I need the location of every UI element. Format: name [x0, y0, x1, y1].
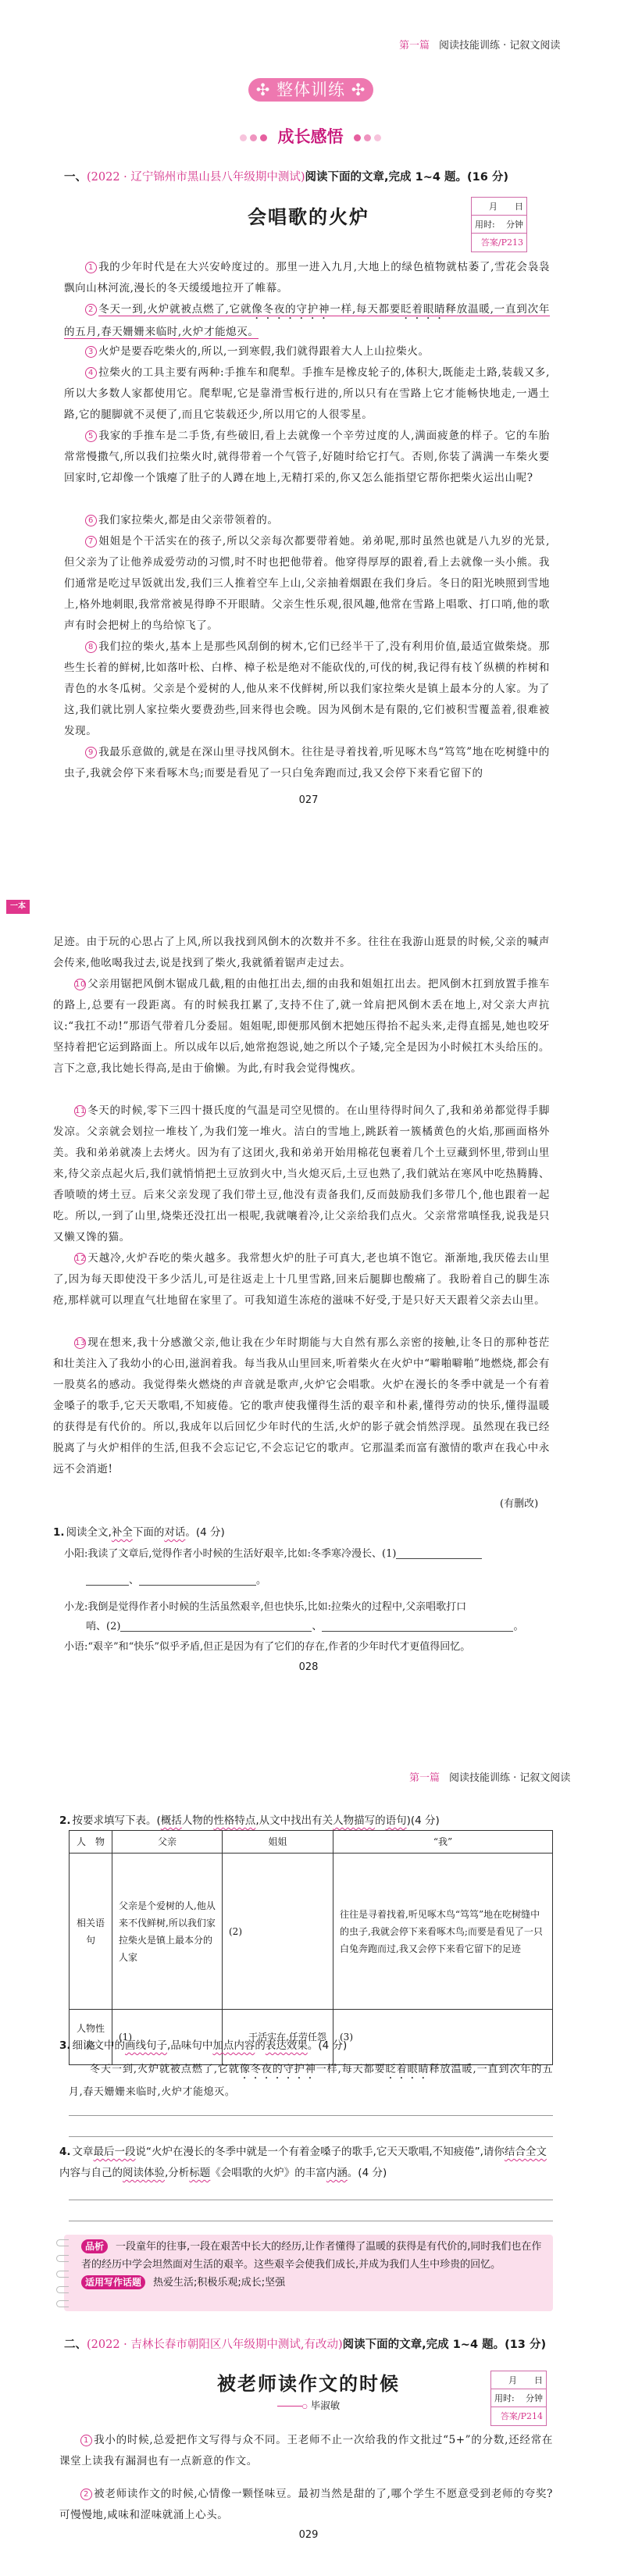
sparkle-icon: ✣ — [256, 80, 271, 99]
table-header: 姐姐 — [223, 1831, 333, 1854]
table-cell: 父亲是个爱树的人,他从来不伐鲜树,所以我们家拉柴火是镇上最本分的人家 — [112, 1854, 223, 2010]
paragraph-number: 12 — [74, 1253, 86, 1265]
row-label: 相关语句 — [70, 1854, 112, 2010]
table-row: 相关语句 父亲是个爱树的人,他从来不伐鲜树,所以我们家拉柴火是镇上最本分的人家 … — [70, 1854, 553, 2010]
answer-blank[interactable] — [86, 1573, 129, 1586]
paragraph: 8我们拉的柴火,基本上是那些风刮倒的树木,它们已经半干了,没有利用价值,最适宜做… — [64, 637, 550, 742]
dot-icon — [354, 134, 361, 141]
paragraph: 10父亲用锯把风倒木锯成几截,粗的由他扛出去,细的由我和姐姐扛出去。把风倒木扛到… — [53, 974, 550, 1079]
table-header: 人 物 — [70, 1831, 112, 1854]
page-header: 第一篇阅读技能训练 · 记叙文阅读 — [409, 1769, 570, 1784]
section-label: 第一篇 — [409, 1772, 440, 1784]
answer-line[interactable] — [69, 2136, 553, 2137]
date-field[interactable]: 月 日 — [491, 2371, 546, 2389]
paragraph-number: 8 — [85, 641, 97, 653]
table-header: 父亲 — [112, 1831, 223, 1854]
answer-cell[interactable]: (2) — [223, 1854, 333, 2010]
binder-ring-icon — [56, 2239, 69, 2246]
dot-icon — [250, 134, 257, 141]
instruction: 阅读下面的文章,完成 1~4 题。(16 分) — [305, 171, 508, 184]
dialog-blanks-1: 、。 — [86, 1571, 572, 1591]
paragraph-number: 11 — [74, 1105, 86, 1117]
paragraph: 3火炉是要吞吃柴火的,所以,一到寒假,我们就得跟着大人上山拉柴火。 — [64, 341, 550, 362]
analysis-text: 品析一段童年的往事,一段在艰苦中长大的经历,让作者懂得了温暖的获得是有代价的,同… — [81, 2238, 547, 2292]
section-label: 第一篇 — [399, 40, 430, 52]
info-box: 月 日 用时:分钟 答案/P213 — [471, 197, 527, 252]
binder-ring-icon — [56, 2255, 69, 2262]
paragraph-number: 4 — [85, 367, 97, 379]
paragraph: 11冬天的时候,零下三四十摄氏度的气温是司空见惯的。在山里待得时间久了,我和弟弟… — [53, 1101, 550, 1248]
paragraph: 9我最乐意做的,就是在深山里寻找风倒木。往往是寻着找着,听见啄木鸟“笃笃”地在吃… — [64, 742, 550, 784]
analysis-tag: 品析 — [81, 2239, 108, 2253]
binder-ring-icon — [56, 2286, 69, 2293]
paragraph-number: 1 — [85, 262, 97, 273]
paragraph-number: 10 — [74, 979, 86, 990]
paragraph-number: 3 — [85, 346, 97, 358]
table-cell: 往往是寻着找着,听见啄木鸟“笃笃”地在吃树缝中的虫子,我就会停下来看啄木鸟;而要… — [333, 1854, 553, 2010]
paragraph: 1我小的时候,总爱把作文写得与众不同。王老师不止一次给我的作文批过“5+”的分数… — [59, 2430, 553, 2472]
answer-ref: 答案/P214 — [491, 2407, 546, 2425]
paragraph: 12天越冷,火炉吞吃的柴火越多。我常想火炉的肚子可真大,老也填不饱它。渐渐地,我… — [53, 1248, 550, 1311]
topic-tag: 适用写作话题 — [81, 2275, 145, 2289]
question-4: 4.文章最后一段说“火炉在漫长的冬季中就是一个有着金嗓子的歌手,它天天歌唱,不知… — [59, 2142, 555, 2184]
dot-icon — [240, 134, 247, 141]
dash-icon — [277, 2406, 302, 2407]
paragraph: 1我的少年时代是在大兴安岭度过的。那里一进入九月,大地上的绿色植物就枯萎了,雪花… — [64, 257, 550, 299]
dot-icon — [260, 134, 267, 141]
paragraph-number: 6 — [85, 515, 97, 526]
circle-icon: ○ — [302, 2403, 308, 2410]
dialog-line-2-cont: 哨、(2)、。 — [86, 1617, 572, 1637]
header-title: 阅读技能训练 · 记叙文阅读 — [449, 1772, 570, 1784]
part2-intro: 二、(2022 · 吉林长春市朝阳区八年级期中测试,有改动)阅读下面的文章,完成… — [64, 2335, 546, 2352]
part1-intro: 一、(2022 · 辽宁锦州市黑山县八年级期中测试)阅读下面的文章,完成 1~4… — [64, 168, 508, 184]
binder-ring-icon — [56, 2300, 69, 2307]
paragraph-number: 1 — [80, 2435, 92, 2446]
publisher-logo: 一本 — [6, 900, 30, 914]
paragraph: 4拉柴火的工具主要有两种:手推车和爬犁。手推车是橡皮轮子的,体积大,既能走土路,… — [64, 362, 550, 426]
paragraph-continued: 足迹。由于玩的心思占了上风,所以我找到风倒木的次数并不多。往往在我游山逛景的时候… — [53, 932, 550, 974]
sparkle-icon: ✣ — [351, 80, 366, 99]
binder-ring-icon — [56, 2271, 69, 2278]
paragraph: 2被老师读作文的时候,心情像一颗怪味豆。最初当然是甜的了,哪个学生不愿意受到老师… — [59, 2484, 553, 2526]
question-2: 2.按要求填写下表。(概括人物的性格特点,从文中找出有关人物描写的语句)(4 分… — [59, 1811, 559, 1832]
paragraph-number: 9 — [85, 747, 97, 758]
dialog-line-1: 小阳:我读了文章后,觉得作者小时候的生活好艰辛,比如:冬季寒冷漫长、(1) — [64, 1544, 550, 1565]
source-label: (2022 · 吉林长春市朝阳区八年级期中测试,有改动) — [87, 2339, 343, 2351]
paragraph-number: 7 — [85, 536, 97, 548]
paragraph: 7姐姐是个干活实在的孩子,所以父亲每次都要带着她。弟弟呢,那时虽然也就是八九岁的… — [64, 531, 550, 637]
question-1: 1.阅读全文,补全下面的对话。(4 分) — [53, 1522, 553, 1543]
answer-blank[interactable] — [139, 1573, 256, 1586]
character-table: 人 物 父亲 姐姐 “我” 相关语句 父亲是个爱树的人,他从来不伐鲜树,所以我们… — [69, 1830, 553, 2065]
analysis-box: 品析一段童年的往事,一段在艰苦中长大的经历,让作者懂得了温暖的获得是有代价的,同… — [64, 2235, 553, 2311]
date-field[interactable]: 月 日 — [472, 198, 526, 216]
dot-icon — [374, 134, 381, 141]
dot-icon — [364, 134, 371, 141]
table-header-row: 人 物 父亲 姐姐 “我” — [70, 1831, 553, 1854]
sub-banner: 成长感悟 — [234, 125, 387, 148]
paragraph-number: 13 — [74, 1337, 86, 1349]
author-name: 毕淑敏 — [311, 2399, 341, 2411]
paragraph-number: 2 — [85, 304, 97, 316]
answer-line[interactable] — [69, 2200, 553, 2200]
answer-ref: 答案/P213 — [472, 234, 526, 252]
paragraph: 6我们家拉柴火,都是由父亲带领着的。 — [64, 510, 550, 531]
question-3: 3.细读文中的画线句子,品味句中加点内容的表达效果。(4 分) — [59, 2035, 559, 2057]
paragraph-number: 2 — [80, 2489, 92, 2500]
table-header: “我” — [333, 1831, 553, 1854]
answer-line[interactable] — [69, 2115, 553, 2116]
header-title: 阅读技能训练 · 记叙文阅读 — [439, 40, 560, 52]
section-banner: ✣ 整体训练 ✣ — [248, 78, 373, 102]
source-label: (2022 · 辽宁锦州市黑山县八年级期中测试) — [87, 171, 305, 184]
time-field[interactable]: 用时:分钟 — [491, 2389, 546, 2407]
answer-blank[interactable] — [322, 1619, 513, 1632]
sub-banner-label: 成长感悟 — [278, 127, 344, 146]
answer-line[interactable] — [69, 2221, 553, 2221]
page-number: 027 — [0, 794, 617, 806]
paragraph-number: 5 — [85, 430, 97, 442]
edit-note: (有删改) — [500, 1495, 538, 1510]
paragraph: 5我家的手推车是二手货,有些破旧,看上去就像一个辛劳过度的人,满面疲惫的样子。它… — [64, 426, 550, 489]
time-field[interactable]: 用时:分钟 — [472, 216, 526, 234]
instruction: 阅读下面的文章,完成 1~4 题。(13 分) — [343, 2339, 546, 2351]
quoted-sentence: 冬天一到,火炉就被点燃了,它就像冬夜的守护神一样,每天都要眨着眼睛释放温暖,一直… — [69, 2059, 553, 2103]
page-header: 第一篇阅读技能训练 · 记叙文阅读 — [399, 37, 560, 52]
info-box: 月 日 用时:分钟 答案/P214 — [490, 2371, 547, 2426]
part-number: 二、 — [64, 2339, 87, 2351]
answer-blank[interactable] — [396, 1547, 482, 1559]
dialog-line-2: 小龙:我倒是觉得作者小时候的生活虽然艰辛,但也快乐,比如:拉柴火的过程中,父亲唱… — [64, 1597, 550, 1618]
dialog-line-3: 小语:“艰辛”和“快乐”似乎矛盾,但正是因为有了它们的存在,作者的少年时代才更值… — [64, 1637, 550, 1657]
page-number: 028 — [0, 1661, 617, 1673]
banner-label: 整体训练 — [276, 80, 345, 99]
paragraph: 13现在想来,我十分感激父亲,他让我在少年时期能与大自然有那么亲密的接触,让冬日… — [53, 1333, 550, 1480]
part-number: 一、 — [64, 171, 87, 184]
page-number: 029 — [0, 2529, 617, 2541]
paragraph-underlined: 2冬天一到,火炉就被点燃了,它就像冬夜的守护神一样,每天都要眨着眼睛释放温暖,一… — [64, 299, 550, 343]
answer-blank[interactable] — [120, 1619, 312, 1632]
